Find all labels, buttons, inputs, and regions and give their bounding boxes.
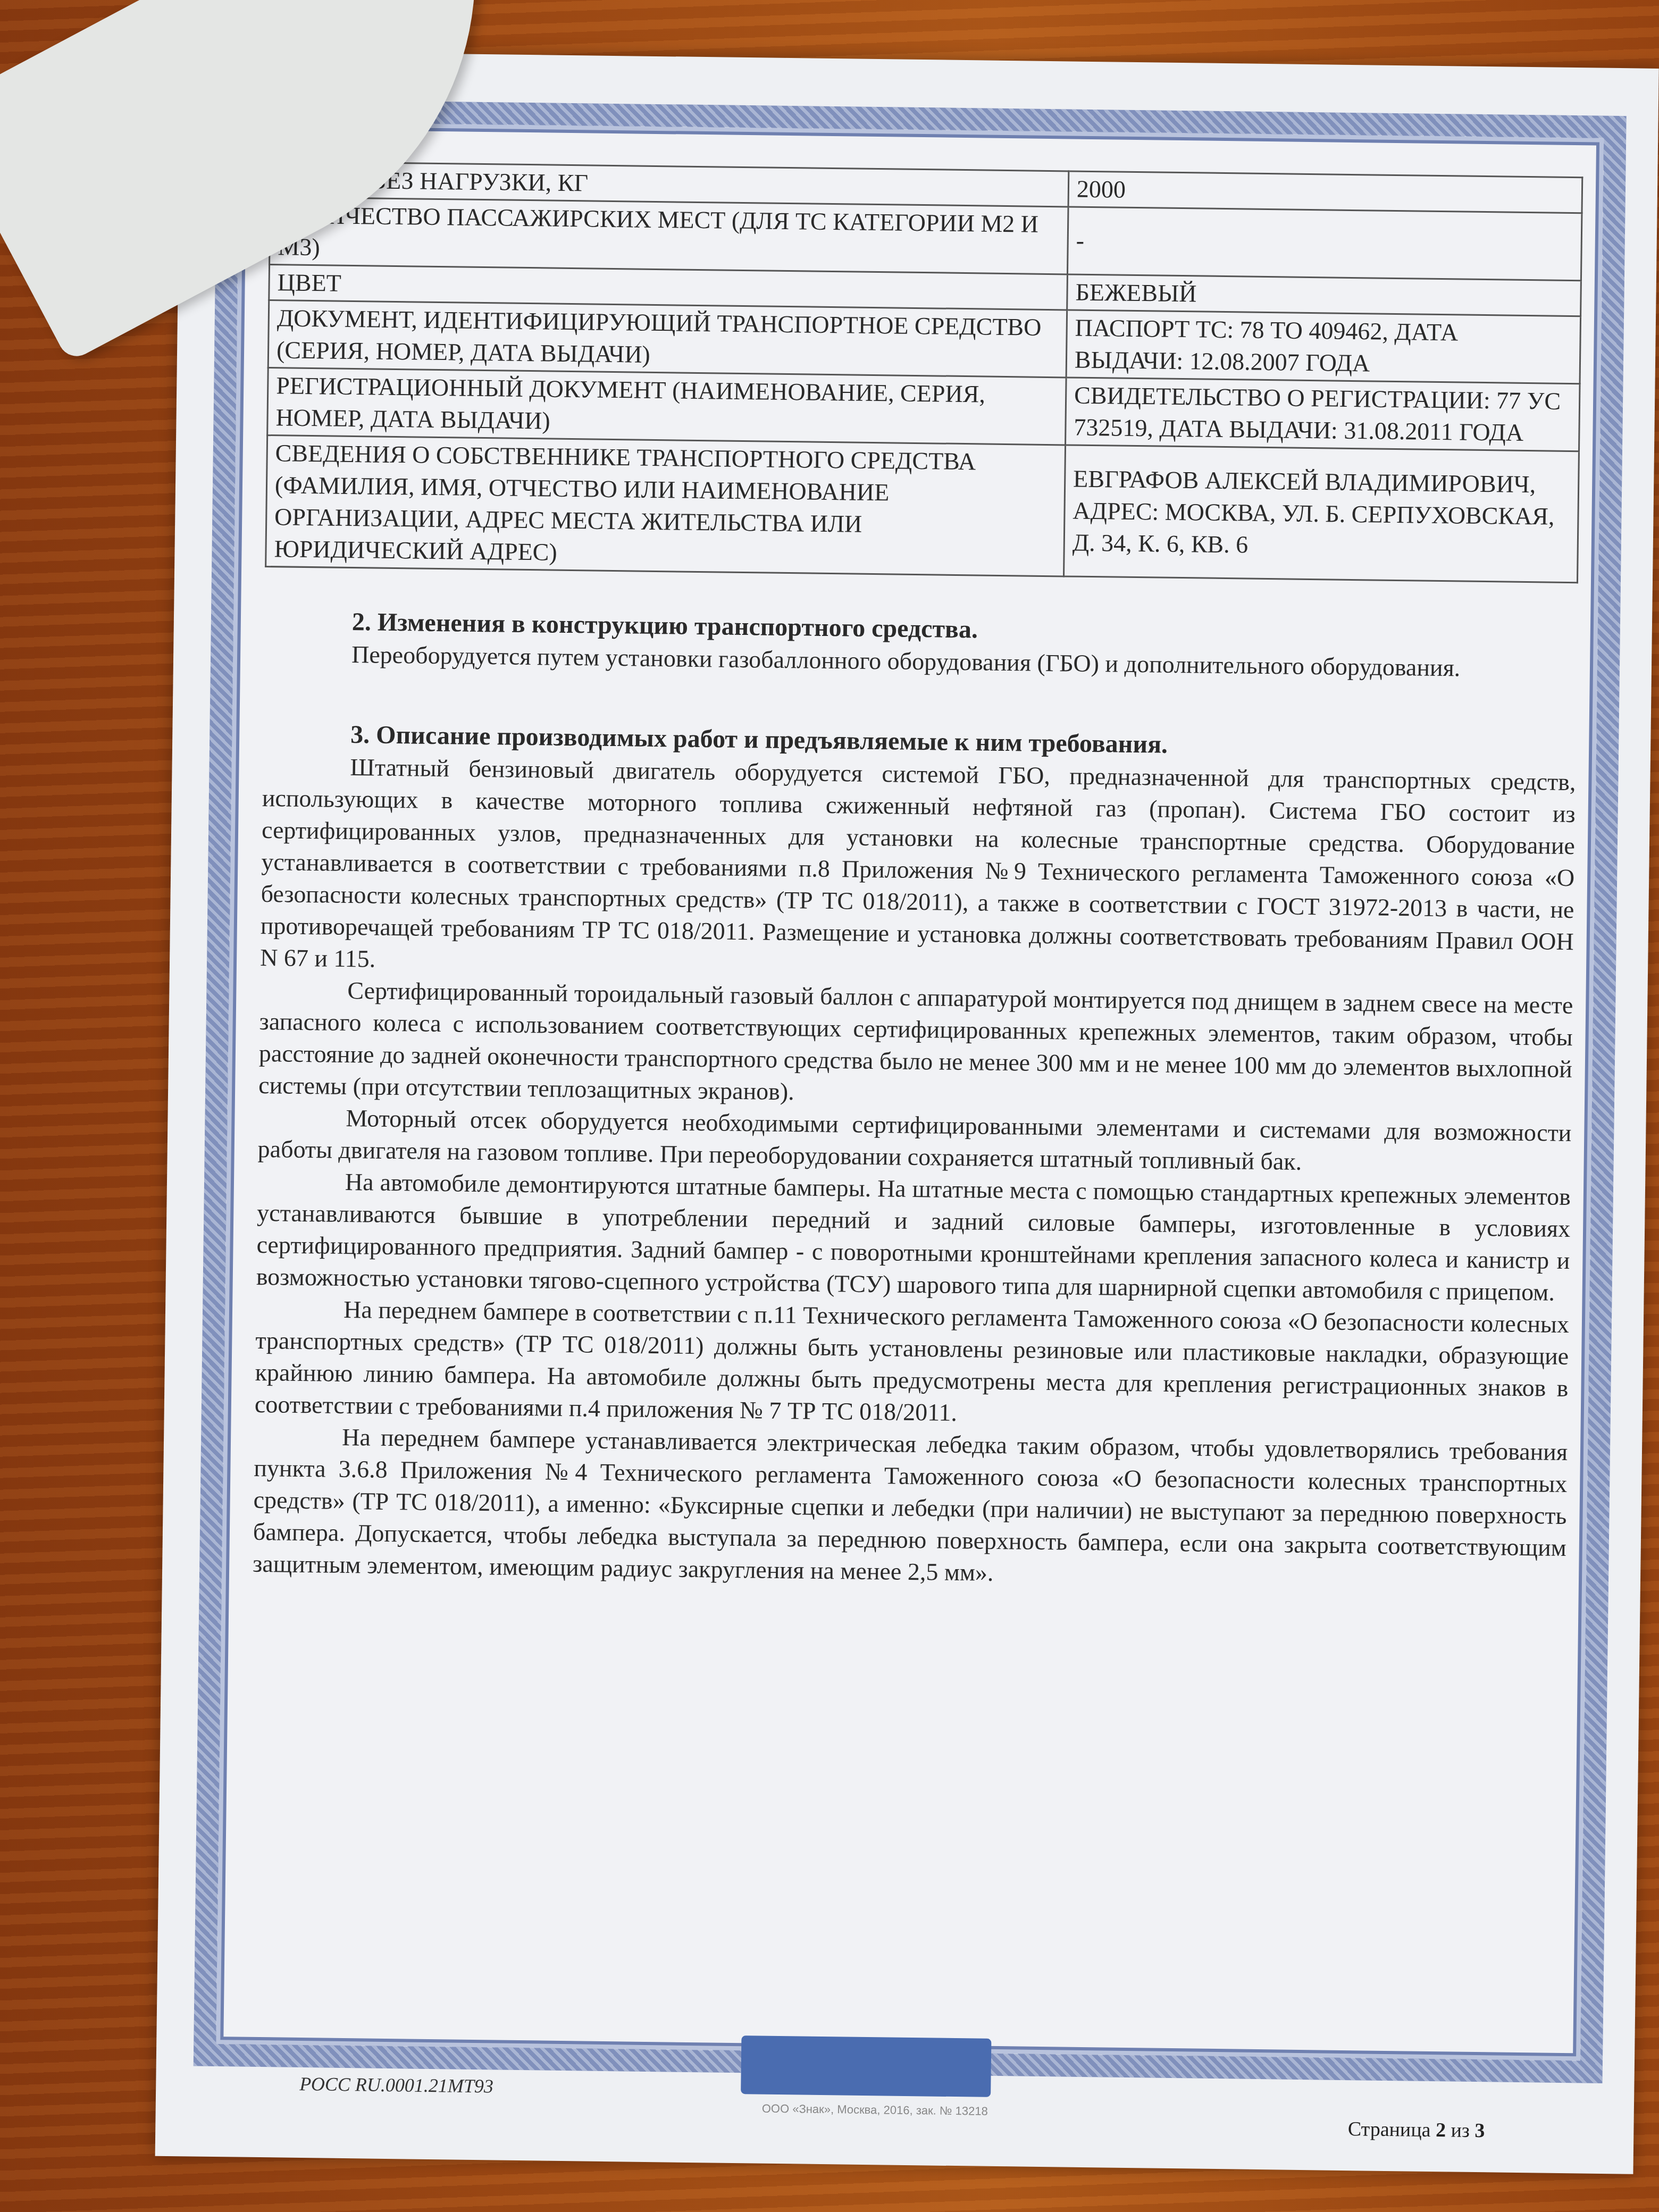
document-content: 77-2979 МАССА БЕЗ НАГРУЗКИ, КГ 2000 КОЛИ… [253, 137, 1583, 1596]
border-ribbon-ornament [741, 2035, 991, 2097]
field-value: - [1067, 207, 1581, 281]
page-prefix: Страница [1348, 2118, 1436, 2141]
field-value: ПАСПОРТ ТС: 78 ТО 409462, ДАТА ВЫДАЧИ: 1… [1066, 310, 1580, 384]
field-value: БЕЖЕВЫЙ [1067, 274, 1581, 316]
table-row: СВЕДЕНИЯ О СОБСТВЕННИКЕ ТРАНСПОРТНОГО СР… [266, 435, 1579, 583]
section-3-paragraph: На переднем бампере устанавливается элек… [253, 1420, 1568, 1596]
printer-imprint: ООО «Знак», Москва, 2016, зак. № 13218 [762, 2102, 988, 2118]
certificate-number: РОСС RU.0001.21МТ93 [299, 2073, 493, 2097]
section-3-paragraph: Штатный бензиновый двигатель оборудуется… [260, 750, 1576, 990]
vehicle-info-table: МАССА БЕЗ НАГРУЗКИ, КГ 2000 КОЛИЧЕСТВО П… [265, 161, 1583, 583]
document-sheet: ООО «Знак», Москва, 2016, зак. № 13218 7… [155, 51, 1659, 2174]
field-label: ДОКУМЕНТ, ИДЕНТИФИЦИРУЮЩИЙ ТРАНСПОРТНОЕ … [268, 300, 1067, 378]
field-label: СВЕДЕНИЯ О СОБСТВЕННИКЕ ТРАНСПОРТНОГО СР… [266, 435, 1066, 576]
page-total: 3 [1474, 2119, 1485, 2142]
page-number: Страница 2 из 3 [1348, 2117, 1485, 2142]
section-3-paragraph: На переднем бампере в соответствии с п.1… [255, 1293, 1570, 1436]
field-label: КОЛИЧЕСТВО ПАССАЖИРСКИХ МЕСТ (ДЛЯ ТС КАТ… [270, 197, 1068, 274]
field-value: ЕВГРАФОВ АЛЕКСЕЙ ВЛАДИМИРОВИЧ, АДРЕС: МО… [1064, 445, 1579, 583]
section-3-paragraph: На автомобиле демонтируются штатные бамп… [256, 1165, 1571, 1309]
page-current: 2 [1436, 2119, 1446, 2141]
section-3-paragraph: Сертифицированный тороидальный газовый б… [258, 974, 1573, 1117]
field-label: РЕГИСТРАЦИОННЫЙ ДОКУМЕНТ (НАИМЕНОВАНИЕ, … [267, 368, 1066, 445]
field-value: 2000 [1068, 171, 1582, 213]
field-value: СВИДЕТЕЛЬСТВО О РЕГИСТРАЦИИ: 77 УС 73251… [1066, 378, 1580, 451]
page-mid: из [1446, 2119, 1475, 2142]
